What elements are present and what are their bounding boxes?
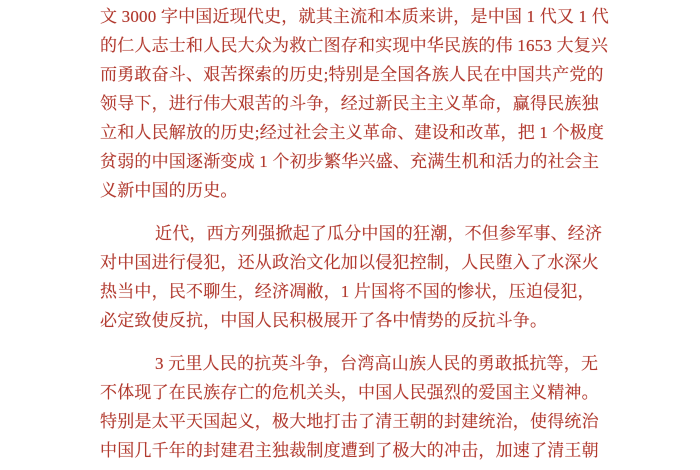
text-line: 对中国进行侵犯，还从政治文化加以侵犯控制，人民堕入了水深火 [100,248,602,277]
text-line: 不体现了在民族存亡的危机关头，中国人民强烈的爱国主义精神。 [100,378,602,407]
text-line: 贫弱的中国逐渐变成 1 个初步繁华兴盛、充满生机和活力的社会主 [100,147,602,176]
text-line: 而勇敢奋斗、艰苦探索的历史;特别是全国各族人民在中国共产党的 [100,60,602,89]
text-line: 文 3000 字中国近现代史，就其主流和本质来讲，是中国 1 代又 1 代 [100,2,602,31]
text-line: 的仁人志士和人民大众为救亡图存和实现中华民族的伟 1653 大复兴 [100,31,602,60]
text-line: 热当中，民不聊生，经济凋敝，1 片国将不国的惨状，压迫侵犯， [100,277,602,306]
text-line: 必定致使反抗，中国人民积极展开了各中情势的反抗斗争。 [100,306,602,335]
text-line: 领导下，进行伟大艰苦的斗争，经过新民主主义革命，赢得民族独 [100,89,602,118]
paragraph-1: 文 3000 字中国近现代史，就其主流和本质来讲，是中国 1 代又 1 代 的仁… [100,2,602,205]
text-line: 特别是太平天国起义，极大地打击了清王朝的封建统治，使得统治 [100,407,602,436]
text-line: 近代，西方列强掀起了瓜分中国的狂潮，不但参军事、经济 [100,219,602,248]
document-text-block: 文 3000 字中国近现代史，就其主流和本质来讲，是中国 1 代又 1 代 的仁… [100,2,602,465]
text-line: 立和人民解放的历史;经过社会主义革命、建设和改革，把 1 个极度 [100,118,602,147]
document-page: 文 3000 字中国近现代史，就其主流和本质来讲，是中国 1 代又 1 代 的仁… [0,0,700,470]
text-line: 义新中国的历史。 [100,176,602,205]
text-line: 中国几千年的封建君主独裁制度遭到了极大的冲击，加速了清王朝 [100,436,602,465]
text-line: 3 元里人民的抗英斗争，台湾高山族人民的勇敢抵抗等，无 [100,349,602,378]
paragraph-3: 3 元里人民的抗英斗争，台湾高山族人民的勇敢抵抗等，无 不体现了在民族存亡的危机… [100,349,602,465]
paragraph-2: 近代，西方列强掀起了瓜分中国的狂潮，不但参军事、经济 对中国进行侵犯，还从政治文… [100,219,602,335]
